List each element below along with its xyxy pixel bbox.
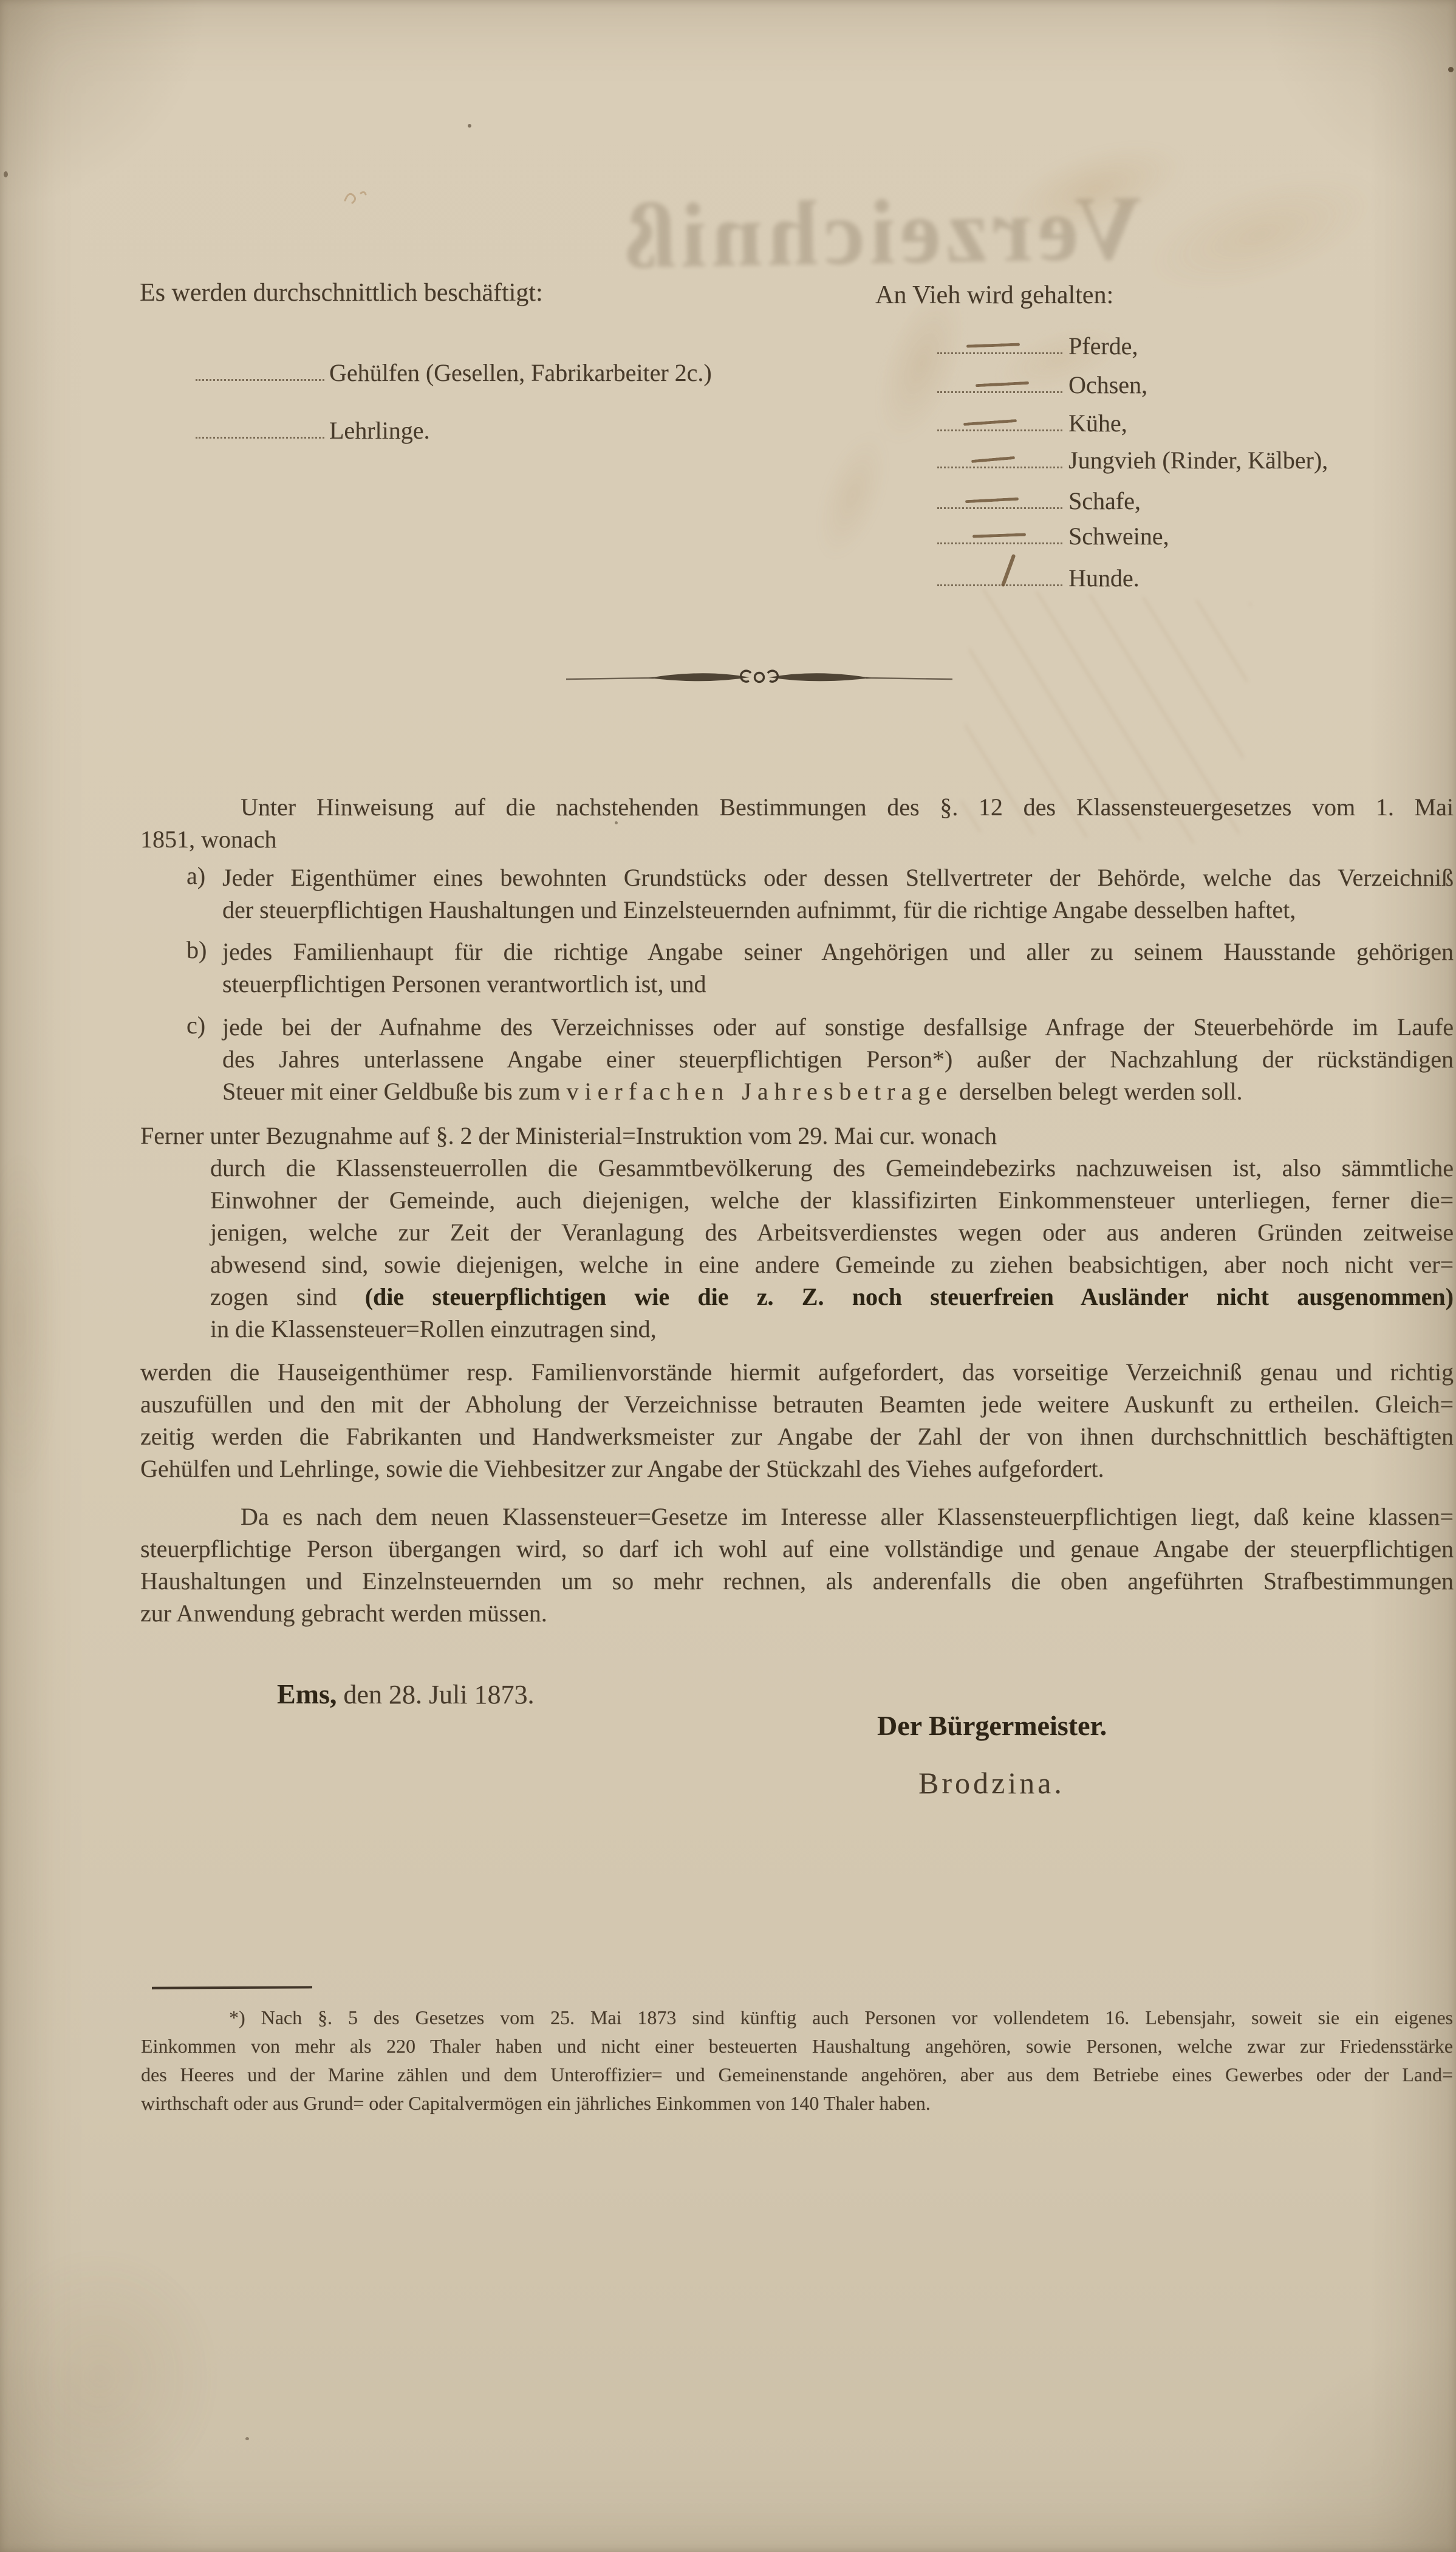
form-row-label: Lehrlinge. <box>329 416 430 445</box>
text-line: steuerpflichtigen Personen verantwortlic… <box>222 968 1454 1000</box>
text-line: jedes Familienhaupt für die richtige Ang… <box>222 936 1454 968</box>
text-line: Jeder Eigenthümer eines bewohnten Grunds… <box>222 861 1454 894</box>
bold-emphasis-text: (die steuerpflichtigen wie die z. Z. noc… <box>365 1283 1454 1310</box>
form-row-label: Pferde, <box>1068 332 1138 360</box>
text-line: zogen sind (die steuerpflichtigen wie di… <box>210 1281 1454 1313</box>
employment-title: Es werden durchschnittlich beschäftigt: <box>140 278 808 307</box>
form-row-hunde: Hunde. <box>875 555 1456 594</box>
fill-in-blank-line <box>937 391 1062 393</box>
text-line: Unter Hinweisung auf die nachstehenden B… <box>140 791 1454 823</box>
text-line: Gehülfen und Lehrlinge, sowie die Viehbe… <box>140 1452 1454 1485</box>
form-row-schafe: Schafe, <box>875 477 1456 516</box>
item-marker: c) <box>186 1011 205 1039</box>
signature-name: Brodzina. <box>918 1765 1065 1801</box>
form-row-schweine: Schweine, <box>875 513 1456 552</box>
ink-speck <box>245 2437 249 2440</box>
list-item-c: c) jede bei der Aufnahme des Verzeichnis… <box>140 1011 1454 1107</box>
fill-in-blank-line <box>937 507 1062 509</box>
request-paragraph: werden die Hauseigenthümer resp. Familie… <box>140 1356 1454 1485</box>
ferner-line: Ferner unter Bezugnahme auf §. 2 der Min… <box>140 1120 1454 1152</box>
closing-paragraph: Da es nach dem neuen Klassensteuer=Geset… <box>140 1500 1454 1629</box>
form-row-jungvieh: Jungvieh (Rinder, Kälber), <box>875 437 1456 476</box>
footnote-line: des Heeres und der Marine zählen und dem… <box>141 2061 1453 2089</box>
ink-speck <box>4 171 8 177</box>
text-line: Haushaltungen und Einzelnsteuernden um s… <box>140 1565 1454 1597</box>
fill-in-blank-line <box>937 429 1062 431</box>
item-marker: b) <box>186 936 207 964</box>
paper-stain <box>0 1093 85 1555</box>
handwritten-dash <box>972 533 1026 538</box>
employment-section: Es werden durchschnittlich beschäftigt: … <box>140 278 808 473</box>
fill-in-blank-line <box>937 542 1062 544</box>
handwritten-dash <box>966 343 1020 347</box>
signature-title: Der Bürgermeister. <box>877 1709 1107 1742</box>
text-line: Einwohner der Gemeinde, auch diejenigen,… <box>210 1184 1454 1216</box>
text-line: jede bei der Aufnahme des Verzeichnisses… <box>222 1011 1454 1043</box>
text-line: der steuerpflichtigen Haushaltungen und … <box>222 894 1454 926</box>
form-row-kuehe: Kühe, <box>875 400 1456 439</box>
form-row-label: Gehülfen (Gesellen, Fabrikarbeiter 2c.) <box>329 358 712 387</box>
form-row-lehrlinge: Lehrlinge. <box>140 407 808 446</box>
ink-speck <box>468 124 471 128</box>
form-row-label: Jungvieh (Rinder, Kälber), <box>1068 446 1328 474</box>
fill-in-blank-line <box>937 467 1062 468</box>
text-line: Da es nach dem neuen Klassensteuer=Geset… <box>140 1500 1454 1533</box>
scanned-document-page: Verzeichniß Es werden durchschnittlich b… <box>0 0 1456 2552</box>
text-line: zeitig werden die Fabrikanten und Handwe… <box>140 1420 1454 1452</box>
intro-paragraph: Unter Hinweisung auf die nachstehenden B… <box>140 791 1454 855</box>
handwritten-stroke <box>1001 554 1016 587</box>
form-row-label: Ochsen, <box>1068 371 1147 399</box>
form-row-label: Schweine, <box>1068 522 1169 550</box>
bleedthrough-ghost-text: Verzeichniß <box>497 171 1265 293</box>
form-row-label: Schafe, <box>1068 487 1141 515</box>
handwritten-dash <box>971 456 1015 463</box>
text-line: durch die Klassensteuerrollen die Gesamm… <box>210 1152 1454 1184</box>
footnote: *) Nach §. 5 des Gesetzes vom 25. Mai 18… <box>141 2003 1453 2118</box>
list-item-b: b) jedes Familienhaupt für die richtige … <box>140 936 1454 1000</box>
text-line: werden die Hauseigenthümer resp. Familie… <box>140 1356 1454 1388</box>
item-marker: a) <box>186 861 205 890</box>
footnote-rule <box>152 1986 312 1989</box>
form-row-label: Kühe, <box>1068 409 1127 437</box>
text-line: steuerpflichtige Person übergangen wird,… <box>140 1533 1454 1565</box>
fill-in-blank-line <box>937 352 1062 354</box>
text-line: auszufüllen und den mit der Abholung der… <box>140 1388 1454 1420</box>
footnote-line: *) Nach §. 5 des Gesetzes vom 25. Mai 18… <box>141 2003 1453 2032</box>
fill-in-blank-line <box>196 437 324 439</box>
footnote-line: Einkommen von mehr als 220 Thaler haben … <box>141 2032 1453 2061</box>
place-name: Ems, <box>277 1678 337 1709</box>
livestock-title: An Vieh wird gehalten: <box>875 281 1456 310</box>
handwritten-dash <box>963 419 1017 426</box>
text-line: 1851, wonach <box>140 823 1454 855</box>
text-line: zur Anwendung gebracht werden müssen. <box>140 1597 1454 1629</box>
ornamental-divider <box>564 665 955 696</box>
handwritten-doodle <box>340 182 383 210</box>
text-line: Steuer mit einer Geldbuße bis zum vierfa… <box>222 1075 1454 1107</box>
text-line: in die Klassensteuer=Rollen einzutragen … <box>210 1313 1454 1345</box>
text-line: abwesend sind, sowie diejenigen, welche … <box>210 1248 1454 1281</box>
main-text-block: Unter Hinweisung auf die nachstehenden B… <box>140 791 1454 1629</box>
ink-speck <box>1448 67 1454 72</box>
form-row-gehuelfen: Gehülfen (Gesellen, Fabrikarbeiter 2c.) <box>140 349 808 388</box>
fill-in-blank-line <box>937 584 1062 586</box>
handwritten-dash <box>976 381 1029 388</box>
emphasized-spaced-text: vierfachen Jahresbetrage <box>567 1078 953 1105</box>
form-row-ochsen: Ochsen, <box>875 361 1456 400</box>
text-line: des Jahres unterlassene Angabe einer ste… <box>222 1043 1454 1075</box>
form-row-pferde: Pferde, <box>875 323 1456 361</box>
dateline: Ems, den 28. Juli 1873. <box>277 1678 535 1710</box>
list-item-a: a) Jeder Eigenthümer eines bewohnten Gru… <box>140 861 1454 926</box>
paper-stain <box>0 2163 304 2551</box>
fill-in-blank-line <box>196 379 324 381</box>
footnote-line: wirthschaft oder aus Grund= oder Capital… <box>141 2089 1453 2118</box>
text-line: jenigen, welche zur Zeit der Veranlagung… <box>210 1216 1454 1248</box>
wonach-paragraph: durch die Klassensteuerrollen die Gesamm… <box>140 1152 1454 1345</box>
form-row-label: Hunde. <box>1068 564 1140 592</box>
livestock-section: An Vieh wird gehalten: Pferde, Ochsen, K… <box>875 281 1456 621</box>
handwritten-dash <box>965 498 1019 504</box>
